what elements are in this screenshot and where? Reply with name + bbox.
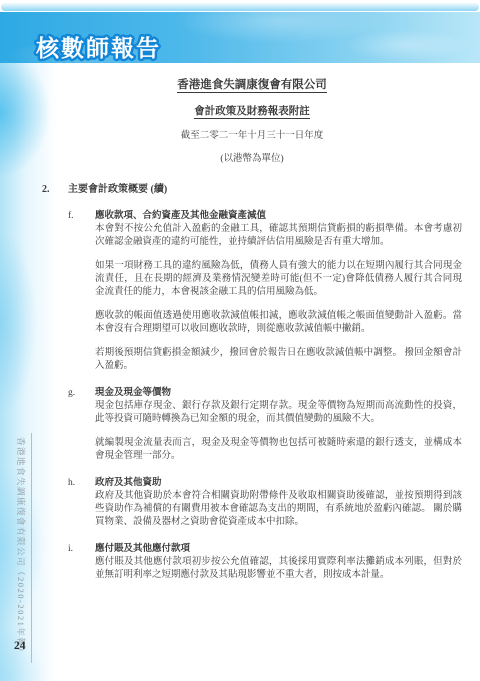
paragraph: 應收款的帳面值透過使用應收款減值帳扣減，應收款減值帳之帳面值變動計入盈虧。當本會… <box>95 310 462 336</box>
paragraph: 應付賬及其他應付款項初步按公允值確認，其後採用實際利率法攤銷成本列賬，但對於並無… <box>95 556 462 582</box>
section-heading: 2. 主要會計政策概要 (續) <box>42 183 462 196</box>
paragraph: 如果一項財務工具的違約風險為低，債務人員有強大的能力以在短期內履行其合同現金流責… <box>95 260 462 299</box>
subsection-letter: f. <box>68 210 95 373</box>
currency-note: (以港幣為單位) <box>42 153 462 166</box>
report-page: 核數師報告 香港進食失調康復會有限公司（2020-2021年報） 24 香港進食… <box>0 0 480 681</box>
paragraph: 現金包括庫存現金、銀行存款及銀行定期存款。現金等價物為短期而高流動性的投資，此等… <box>95 400 462 426</box>
sidebar-vertical-caption: 香港進食失調康復會有限公司（2020-2021年報） <box>15 437 27 657</box>
banner-title-graphic: 核數師報告 <box>34 30 234 66</box>
document-subtitle: 會計政策及財務報表附註 <box>42 105 462 118</box>
document-body: 香港進食失調康復會有限公司 會計政策及財務報表附註 截至二零二一年十月三十一日年… <box>42 78 462 582</box>
subsection-letter: i. <box>68 543 95 582</box>
reporting-period: 截至二零二一年十月三十一日年度 <box>42 130 462 143</box>
section-number: 2. <box>42 183 68 196</box>
subsection-heading: 應收款項、合約資產及其他金融資產減值 <box>95 210 462 223</box>
sidebar-divider-line <box>31 433 32 663</box>
subsection-heading: 政府及其他資助 <box>95 477 462 490</box>
paragraph: 若期後預期信貸虧損金額減少，撥回會於報告日在應收款減值帳中調整。 撥回金額會計入… <box>95 347 462 373</box>
subsection-heading: 現金及現金等價物 <box>95 387 462 400</box>
subsection-letter: g. <box>68 387 95 463</box>
paragraph: 政府及其他資助於本會符合相關資助附帶條件及收取相關資助後確認，並按預期得到該些資… <box>95 490 462 529</box>
paragraph: 就編製現金流量表而言，現金及現金等價物也包括可被隨時索還的銀行透支，並構成本會現… <box>95 437 462 463</box>
paragraph: 本會對不按公允值計入盈虧的金融工具，確認其預期信貸虧損的虧損準備。本會考慮初次確… <box>95 223 462 249</box>
top-accent-bar <box>1 3 479 11</box>
subsection-letter: h. <box>68 477 95 529</box>
subsection-g: g. 現金及現金等價物 現金包括庫存現金、銀行存款及銀行定期存款。現金等價物為短… <box>68 387 462 463</box>
page-number: 24 <box>14 640 26 652</box>
subsection-f: f. 應收款項、合約資產及其他金融資產減值 本會對不按公允值計入盈虧的金融工具，… <box>68 210 462 373</box>
subsection-heading: 應付賬及其他應付款項 <box>95 543 462 556</box>
section-title: 主要會計政策概要 (續) <box>68 183 167 196</box>
subsection-h: h. 政府及其他資助 政府及其他資助於本會符合相關資助附帶條件及收取相關資助後確… <box>68 477 462 529</box>
subsection-i: i. 應付賬及其他應付款項 應付賬及其他應付款項初步按公允值確認，其後採用實際利… <box>68 543 462 582</box>
company-name: 香港進食失調康復會有限公司 <box>42 78 462 92</box>
chapter-banner: 核數師報告 <box>0 12 480 63</box>
banner-title: 核數師報告 <box>35 35 161 61</box>
